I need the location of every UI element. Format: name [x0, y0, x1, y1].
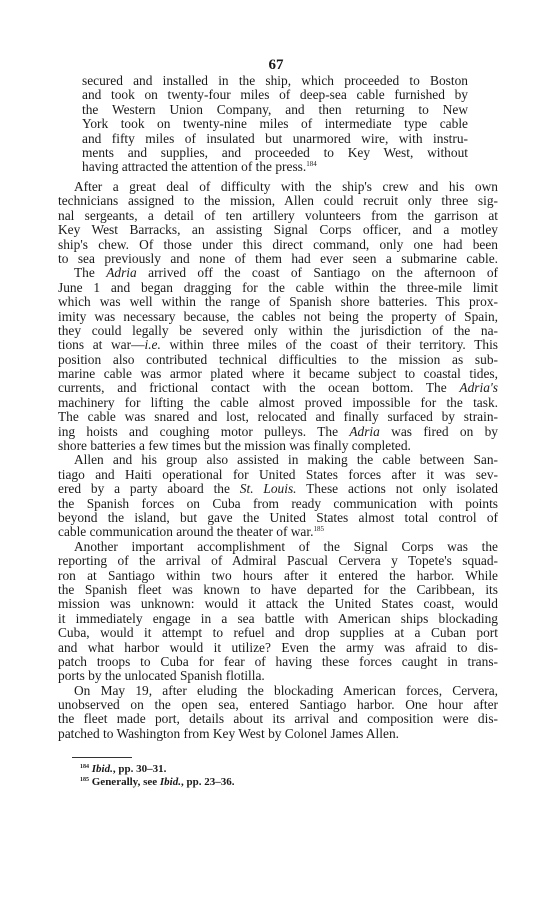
text-line: beyond the island, but gave the United S…	[58, 511, 498, 525]
footnote-185: 185 Generally, see Ibid., pp. 23–36.	[80, 776, 380, 789]
text-line: which was well within the range of Spani…	[58, 295, 498, 309]
footnote-184: 184 Ibid., pp. 30–31.	[80, 763, 380, 776]
page-number: 67	[0, 57, 552, 74]
ship-name: Adria	[106, 265, 137, 280]
text-line: secured and installed in the ship, which…	[82, 74, 468, 88]
text-line: and what harbor would it utilize? Even t…	[58, 641, 498, 655]
text-line: Another important accomplishment of the …	[58, 540, 498, 554]
text-line: nal sergeants, a detail of ten artillery…	[58, 209, 498, 223]
ship-name: Adria	[349, 424, 380, 439]
text-line: Allen and his group also assisted in mak…	[58, 453, 498, 467]
text-line: the Spanish fleet was known to have depa…	[58, 583, 498, 597]
text-line: On May 19, after eluding the blockading …	[58, 684, 498, 698]
text-line: ing hoists and coughing motor pulleys. T…	[58, 425, 498, 439]
text-line: tiago and Haiti operational for United S…	[58, 468, 498, 482]
text-line: ports by the unlocated Spanish flotilla.	[58, 669, 498, 683]
footnote-ref[interactable]: 184	[306, 160, 317, 168]
paragraph: On May 19, after eluding the blockading …	[58, 684, 498, 742]
text-line: imity was necessary because, the cables …	[58, 310, 498, 324]
text-line: they could legally be severed only withi…	[58, 324, 498, 338]
footnote-ref[interactable]: 185	[313, 525, 324, 533]
paragraph: Another important accomplishment of the …	[58, 540, 498, 684]
text-line: to sea previously and none of them had e…	[58, 252, 498, 266]
text-line: having attracted the attention of the pr…	[82, 160, 468, 174]
paragraph: Allen and his group also assisted in mak…	[58, 453, 498, 539]
text-line: York took on twenty-nine miles of interm…	[82, 117, 468, 131]
text-line: currents, and frictional contact with th…	[58, 381, 498, 395]
text-line: unobserved on the open sea, entered Sant…	[58, 698, 498, 712]
paragraph: The Adria arrived off the coast of Santi…	[58, 266, 498, 453]
text-line: shore batteries a few times but the miss…	[58, 439, 498, 453]
text-line: ron at Santiago within two hours after i…	[58, 569, 498, 583]
text-line: the Western Union Company, and then retu…	[82, 103, 468, 117]
ship-name: Adria's	[459, 380, 498, 395]
body-text: After a great deal of difficulty with th…	[58, 180, 498, 741]
text-line: reporting of the arrival of Admiral Pasc…	[58, 554, 498, 568]
paragraph: After a great deal of difficulty with th…	[58, 180, 498, 266]
footnote-divider	[72, 757, 132, 758]
text-line: the fleet made port, details about its a…	[58, 712, 498, 726]
text-line: patch troops to Cuba for fear of having …	[58, 655, 498, 669]
text-line: June 1 and began dragging for the cable …	[58, 281, 498, 295]
text-line: mission was unknown: would it attack the…	[58, 597, 498, 611]
footnotes: 184 Ibid., pp. 30–31. 185 Generally, see…	[80, 763, 380, 789]
block-quote: secured and installed in the ship, which…	[82, 74, 468, 175]
text-line: ered by a party aboard the St. Louis. Th…	[58, 482, 498, 496]
text-line: cable communication around the theater o…	[58, 525, 498, 539]
text-line: Key West Barracks, an assisting Signal C…	[58, 223, 498, 237]
text-line: The Adria arrived off the coast of Santi…	[58, 266, 498, 280]
text-line: The cable was snared and lost, relocated…	[58, 410, 498, 424]
text-line: After a great deal of difficulty with th…	[58, 180, 498, 194]
text-line: position also contributed technical diff…	[58, 353, 498, 367]
text-line: the Spanish forces on Cuba from ready co…	[58, 497, 498, 511]
ship-name: St. Louis.	[240, 481, 297, 496]
text-line: tions at war—i.e. within three miles of …	[58, 338, 498, 352]
text-line: technicians assigned to the mission, All…	[58, 194, 498, 208]
text-line: it immediately engage in a sea battle wi…	[58, 612, 498, 626]
text-line: ship's chew. Of those under this direct …	[58, 238, 498, 252]
text-line: and fifty miles of insulated but unarmor…	[82, 132, 468, 146]
text-line: ments and supplies, and proceeded to Key…	[82, 146, 468, 160]
text-line: marine cable was armor plated where it b…	[58, 367, 498, 381]
text-line: patched to Washington from Key West by C…	[58, 727, 498, 741]
text-line: Cuba, would it attempt to refuel and dro…	[58, 626, 498, 640]
text-line: and took on twenty-four miles of deep-se…	[82, 88, 468, 102]
text-line: machinery for lifting the cable almost p…	[58, 396, 498, 410]
